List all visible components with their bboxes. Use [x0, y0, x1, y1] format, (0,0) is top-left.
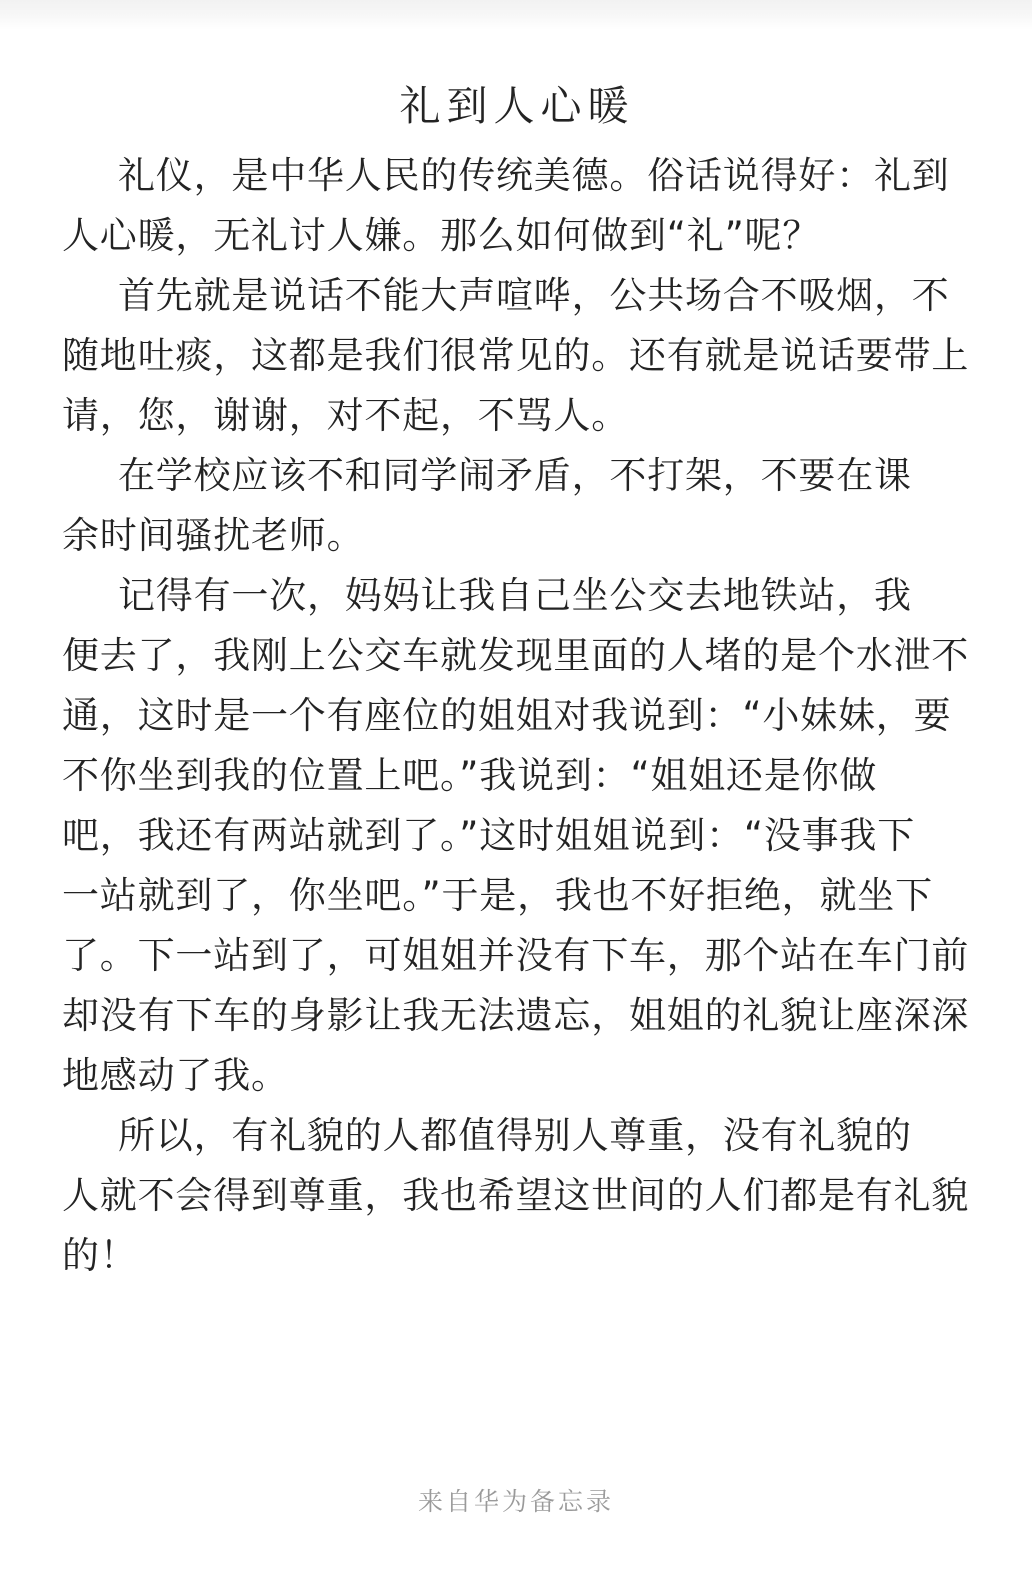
text-line: 便去了，我刚上公交车就发现里面的人堵的是个水泄不 [62, 626, 972, 686]
text-line: 在学校应该不和同学闹矛盾，不打架，不要在课 [62, 446, 972, 506]
text-line: 所以，有礼貌的人都值得别人尊重，没有礼貌的 [62, 1106, 972, 1166]
photo-top-shading [0, 0, 1032, 30]
text-line: 人就不会得到尊重，我也希望这世间的人们都是有礼貌 [62, 1166, 972, 1226]
paragraph: 记得有一次，妈妈让我自己坐公交去地铁站，我 便去了，我刚上公交车就发现里面的人堵… [62, 566, 972, 1106]
text-line: 了。下一站到了，可姐姐并没有下车，那个站在车门前 [62, 926, 972, 986]
text-line: 余时间骚扰老师。 [62, 506, 972, 566]
text-line: 礼仪，是中华人民的传统美德。俗话说得好：礼到 [62, 146, 972, 206]
text-line: 记得有一次，妈妈让我自己坐公交去地铁站，我 [62, 566, 972, 626]
text-line: 通，这时是一个有座位的姐姐对我说到：“小妹妹，要 [62, 686, 972, 746]
huawei-memo-watermark: 来自华为备忘录 [0, 1482, 1032, 1518]
paragraph: 所以，有礼貌的人都值得别人尊重，没有礼貌的 人就不会得到尊重，我也希望这世间的人… [62, 1106, 972, 1286]
text-line: 却没有下车的身影让我无法遗忘，姐姐的礼貌让座深深 [62, 986, 972, 1046]
text-line: 首先就是说话不能大声喧哗，公共场合不吸烟，不 [62, 266, 972, 326]
paragraph: 礼仪，是中华人民的传统美德。俗话说得好：礼到 人心暖，无礼讨人嫌。那么如何做到“… [62, 146, 972, 266]
text-line: 请，您，谢谢，对不起，不骂人。 [62, 386, 972, 446]
text-line: 随地吐痰，这都是我们很常见的。还有就是说话要带上 [62, 326, 972, 386]
text-line: 吧，我还有两站就到了。”这时姐姐说到：“没事我下 [62, 806, 972, 866]
text-line: 的！ [62, 1226, 972, 1286]
text-line: 人心暖，无礼讨人嫌。那么如何做到“礼”呢？ [62, 206, 972, 266]
text-line: 不你坐到我的位置上吧。”我说到：“姐姐还是你做 [62, 746, 972, 806]
paragraph: 在学校应该不和同学闹矛盾，不打架，不要在课 余时间骚扰老师。 [62, 446, 972, 566]
note-title: 礼到人心暖 [62, 76, 972, 136]
text-line: 一站就到了，你坐吧。”于是，我也不好拒绝，就坐下 [62, 866, 972, 926]
text-line: 地感动了我。 [62, 1046, 972, 1106]
paragraph: 首先就是说话不能大声喧哗，公共场合不吸烟，不 随地吐痰，这都是我们很常见的。还有… [62, 266, 972, 446]
note-document: 礼到人心暖 礼仪，是中华人民的传统美德。俗话说得好：礼到 人心暖，无礼讨人嫌。那… [62, 76, 972, 1286]
